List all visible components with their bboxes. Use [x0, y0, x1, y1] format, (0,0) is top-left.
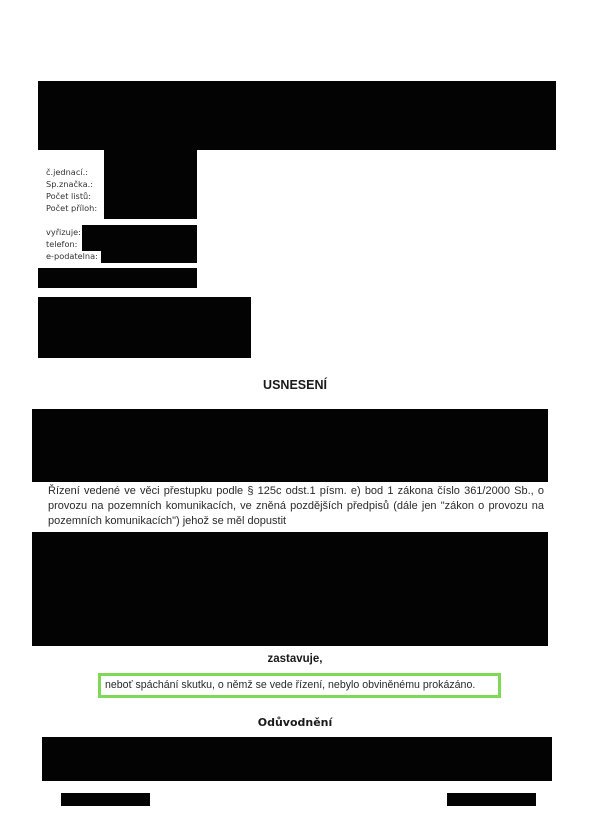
redacted-address-line: [38, 268, 197, 288]
label-e-filing: e-podatelna:: [46, 250, 98, 262]
redacted-contact-values-bottom: [101, 250, 197, 263]
reference-field-labels: č.jednací.: Sp.značka.: Počet listů: Poč…: [46, 166, 97, 214]
document-title: USNESENÍ: [0, 378, 590, 392]
label-file-mark: Sp.značka.:: [46, 178, 97, 190]
redacted-contact-values-top: [82, 225, 197, 251]
reasoning-heading: Odůvodnění: [0, 716, 590, 729]
label-attachment-count: Počet příloh:: [46, 202, 97, 214]
redacted-reasoning: [42, 737, 552, 781]
intro-paragraph: Řízení vedené ve věci přestupku podle § …: [48, 484, 544, 529]
redacted-recipient-address: [38, 297, 251, 358]
redacted-footer-right: [447, 793, 536, 806]
redacted-footer-left: [61, 793, 150, 806]
decision-word: zastavuje,: [0, 653, 590, 665]
label-page-count: Počet listů:: [46, 190, 97, 202]
redacted-header: [38, 81, 556, 150]
highlighted-reason: neboť spáchání skutku, o němž se vede ří…: [98, 673, 501, 698]
redacted-decision-preamble: [32, 409, 548, 482]
label-case-number: č.jednací.:: [46, 166, 97, 178]
redacted-reference-values: [104, 150, 197, 219]
redacted-offense-details: [32, 532, 548, 646]
